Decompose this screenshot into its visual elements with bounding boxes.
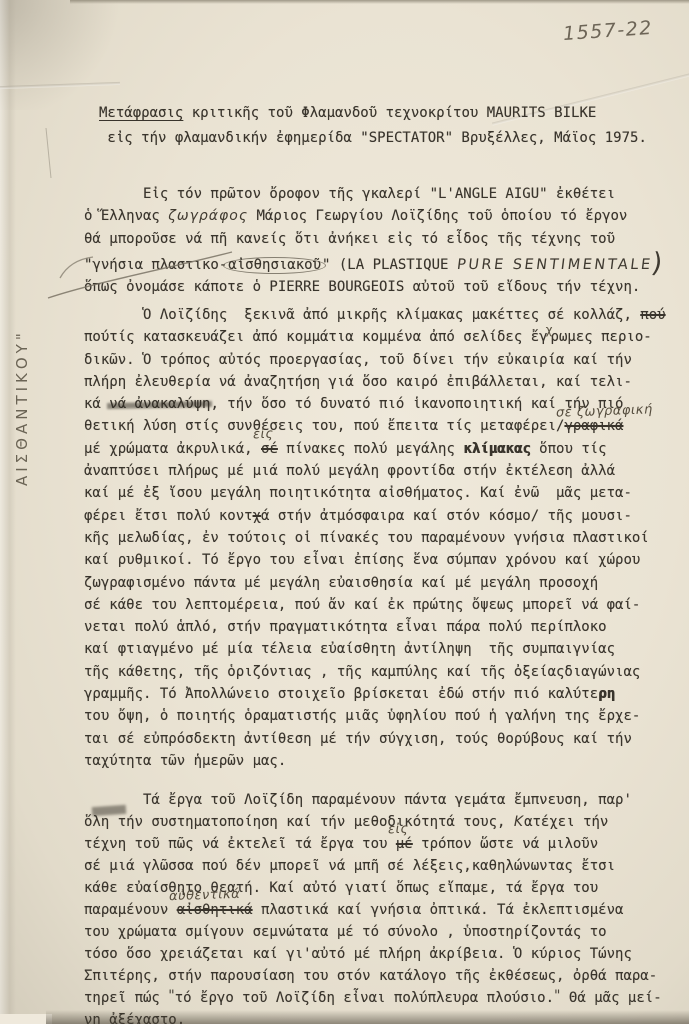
text-line: μέ χρώματα ἀκρυλικά, σέεἰς πίνακες πολύ … bbox=[84, 438, 684, 460]
handwritten-correction: σέ ζωγραφική bbox=[556, 400, 653, 426]
text-line: ται σέ εὐπρόσδεκτη ἀντίθεση μέ τήν σύγχι… bbox=[84, 728, 684, 750]
text-segment: γραμμῆς. Τό Ἀπολλώνειο στοιχεῖο βρίσκετα… bbox=[84, 686, 598, 702]
text-line: καί φτιαγμένο μέ μία τέλεια εὐαίσθητη ἀν… bbox=[84, 638, 684, 660]
text-segment: " bbox=[168, 988, 174, 1004]
text-segment: Ὁ Λοϊζίδης ξεκινᾶ ἀπό μικρῆς κλίμακας μα… bbox=[84, 307, 640, 323]
text-segment: θετική λύση στίς συνθέσεις του, πού ἔπει… bbox=[84, 418, 564, 434]
text-line: τηρεῖ πώς "τό ἔργο τοῦ Λοϊζίδη εἶναι πολ… bbox=[84, 987, 684, 1009]
text-line: πούτίς κατασκευάζει ἀπό κομμάτια κομμένα… bbox=[84, 326, 684, 348]
paper-torn-left-edge bbox=[0, 0, 16, 1024]
text-line: του ὄψη, ὁ ποιητής ὁραματιστής μιᾶς ὑφηλ… bbox=[84, 705, 684, 727]
text-segment: Σπιτέρης, στήν παρουσίαση του στόν κατάλ… bbox=[84, 968, 657, 984]
paper-bottom-sliver bbox=[0, 1014, 52, 1024]
text-segment: ζωγραφισμένο πάντα μέ μεγάλη εὐαισθησία … bbox=[84, 575, 598, 591]
text-segment: κάθε εὐαίσθητο θεατή. Καί αὐτό γιατί ὅπω… bbox=[84, 880, 598, 896]
text-segment: Μετάφρασις bbox=[99, 105, 183, 121]
paragraph: Τά ἔργα τοῦ Λοϊζίδη παραμένουν πάντα γεμ… bbox=[84, 789, 684, 1024]
text-line: του χρώματα σμίγουν σεμνώτατα μέ τό σύνο… bbox=[84, 921, 684, 943]
text-line: τέχνη τοῦ πῶς νά ἐκτελεῖ τά ἔργα του μέε… bbox=[84, 833, 684, 855]
text-line: ὁ Ἕλληνας ζωγράφος Μάριος Γεωργίου Λοϊζί… bbox=[84, 205, 684, 227]
text-segment: ρωμες περιο- bbox=[551, 329, 652, 345]
text-segment: τρόπον ὥστε νά μιλοῦν bbox=[413, 836, 598, 852]
text-segment: πούτίς κατασκευάζει ἀπό κομμάτια κομμένα… bbox=[84, 329, 548, 345]
text-segment: μέεἰς bbox=[396, 836, 413, 852]
text-segment: δικῶν. Ὁ τρόπος αὐτός προεργασίας, τοῦ δ… bbox=[84, 352, 632, 368]
text-segment: Μάριος Γεωργίου Λοϊζίδης τοῦ ὁποίου τό ἔ… bbox=[248, 208, 627, 224]
paragraph: Ὁ Λοϊζίδης ξεκινᾶ ἀπό μικρῆς κλίμακας μα… bbox=[84, 304, 684, 772]
text-segment: σέ κάθε του λεπτομέρεια, πού ἄν καί ἐκ π… bbox=[84, 597, 640, 613]
text-line: θά μποροῦσε νά πῆ κανείς ὅτι ἀνήκει εἰς … bbox=[84, 228, 684, 250]
text-segment: ά στήν ἀτμόσφαιρα καί στόν κόσμο/ τῆς μο… bbox=[261, 508, 632, 524]
text-line: καί μέ ἐξ ἴσου μεγάλη ποιητικότητα αἰσθή… bbox=[84, 482, 684, 504]
text-segment: ὅπου τίς bbox=[531, 441, 607, 457]
text-line: τόσο ὅσο χρειάζεται καί γι'αὐτό μέ πλήρη… bbox=[84, 943, 684, 965]
text-line: ὅλη τήν συστηματοποίηση καί τήν μεθοδικό… bbox=[84, 811, 684, 833]
text-line: καί ρυθμικοί. Τό ἔργο του εἶναι ἐπίσης ἕ… bbox=[84, 549, 684, 571]
text-segment: ὅπως ὀνομάσε κάποτε ὁ PIERRE BOURGEOIS α… bbox=[84, 279, 640, 295]
pencil-stray-mark bbox=[46, 128, 51, 178]
text-segment: τό ἔργο τοῦ Λοϊζίδη εἶναι πολύπλευρα πλο… bbox=[175, 990, 554, 1006]
text-line: "γνήσια πλαστικο-αἰσθησιακοῦ" (LA PLASTI… bbox=[84, 250, 684, 276]
text-segment: Τά ἔργα τοῦ Λοϊζίδη παραμένουν πάντα γεμ… bbox=[84, 792, 632, 808]
text-segment: παραμένουν bbox=[84, 902, 177, 918]
text-segment: ρη bbox=[598, 686, 615, 702]
text-segment: νεται πολύ ἁπλό, στήν πραγματικότητα εἶν… bbox=[84, 619, 607, 635]
text-segment: αἰσθησιακοῦ bbox=[223, 257, 326, 274]
text-line: παραμένουν αἰσθητικάαὐθεντικά πλαστικά κ… bbox=[84, 899, 684, 921]
text-segment: Θά μᾶς μεί- bbox=[561, 990, 662, 1006]
text-segment: τηρεῖ πώς bbox=[84, 990, 168, 1006]
text-line: ὅπως ὀνομάσε κάποτε ὁ PIERRE BOURGEOIS α… bbox=[84, 276, 684, 298]
text-line: Μετάφρασις κριτικῆς τοῦ Φλαμανδοῦ τεχνοκ… bbox=[99, 101, 647, 126]
text-line: ταχύτητα τῶν ἡμερῶν μας. bbox=[84, 750, 684, 772]
text-segment: ὅλη τήν συστηματοποίηση καί τήν μεθοδικό… bbox=[84, 814, 514, 830]
text-segment: κῆς μελωδίας, ἐν τούτοις οἱ πίνακές του … bbox=[84, 530, 649, 546]
text-line: δικῶν. Ὁ τρόπος αὐτός προεργασίας, τοῦ δ… bbox=[84, 349, 684, 371]
handwritten-correction: εἰς bbox=[253, 423, 274, 446]
text-segment: καί μέ ἐξ ἴσου μεγάλη ποιητικότητα αἰσθή… bbox=[84, 485, 632, 501]
document-body: Εἰς τόν πρῶτον ὄροφον τῆς γκαλερί "L'ANG… bbox=[84, 183, 684, 1024]
text-segment: PURE SENTIMENTALE bbox=[456, 254, 654, 276]
text-segment: καί φτιαγμένο μέ μία τέλεια εὐαίσθητη ἀν… bbox=[84, 641, 615, 657]
paragraph: Εἰς τόν πρῶτον ὄροφον τῆς γκαλερί "L'ANG… bbox=[84, 183, 684, 298]
text-segment: Εἰς τόν πρῶτον ὄροφον τῆς γκαλερί "L'ANG… bbox=[84, 186, 615, 202]
handwritten-correction: αὐθεντικά bbox=[168, 884, 240, 908]
text-segment: ταχύτητα τῶν ἡμερῶν μας. bbox=[84, 753, 286, 769]
text-segment: γραφικάσέ ζωγραφική bbox=[564, 418, 623, 434]
text-segment: " (LA PLASTIQUE bbox=[322, 257, 457, 273]
text-segment: τῆς κάθετης, τῆς ὁριζόντιας , τῆς καμπύλ… bbox=[84, 664, 640, 680]
text-segment: του χρώματα σμίγουν σεμνώτατα μέ τό σύνο… bbox=[84, 924, 607, 940]
text-line: Σπιτέρης, στήν παρουσίαση του στόν κατάλ… bbox=[84, 965, 684, 987]
text-line: νεται πολύ ἁπλό, στήν πραγματικότητα εἶν… bbox=[84, 616, 684, 638]
text-line: κῆς μελωδίας, ἐν τούτοις οἱ πίνακές του … bbox=[84, 527, 684, 549]
document-title: Μετάφρασις κριτικῆς τοῦ Φλαμανδοῦ τεχνοκ… bbox=[99, 101, 647, 151]
text-segment: σέ μιά γλῶσσα πού δέν μπορεῖ νά μπῆ σέ λ… bbox=[84, 858, 615, 874]
text-segment: ἀναπτύσει πλήρως μέ μιά πολύ μεγάλη φρον… bbox=[84, 463, 615, 479]
text-line: Εἰς τόν πρῶτον ὄροφον τῆς γκαλερί "L'ANG… bbox=[84, 183, 684, 205]
text-line: εἰς τήν φλαμανδικήν ἐφημερίδα "SPECTATOR… bbox=[99, 126, 647, 151]
text-segment: χ bbox=[546, 319, 553, 341]
text-line: θετική λύση στίς συνθέσεις του, πού ἔπει… bbox=[84, 415, 684, 437]
text-segment: θά μποροῦσε νά πῆ κανείς ὅτι ἀνήκει εἰς … bbox=[84, 231, 615, 247]
text-segment: χ bbox=[253, 508, 261, 524]
handwritten-margin-note: ΑΙΣΘΑΝΤΙΚΟΥ" bbox=[13, 276, 31, 486]
text-segment: αἰσθητικάαὐθεντικά bbox=[177, 902, 253, 918]
text-line: σέ μιά γλῶσσα πού δέν μπορεῖ νά μπῆ σέ λ… bbox=[84, 855, 684, 877]
paper-bottom-shadow bbox=[46, 1010, 689, 1024]
text-line: ζωγραφισμένο πάντα μέ μεγάλη εὐαισθησία … bbox=[84, 572, 684, 594]
text-line: τῆς κάθετης, τῆς ὁριζόντιας , τῆς καμπύλ… bbox=[84, 661, 684, 683]
paper-corner-shading bbox=[0, 0, 130, 110]
text-line: γραμμῆς. Τό Ἀπολλώνειο στοιχεῖο βρίσκετα… bbox=[84, 683, 684, 705]
text-segment: " bbox=[554, 988, 560, 1004]
text-segment: ατέχει τήν bbox=[524, 814, 608, 830]
text-line: Τά ἔργα τοῦ Λοϊζίδη παραμένουν πάντα γεμ… bbox=[84, 789, 684, 811]
text-segment: ζωγράφος bbox=[168, 208, 248, 224]
text-segment: φέρει ἔτσι πολύ κοντ bbox=[84, 508, 253, 524]
scanned-paper-page: 1557-22 ΑΙΣΘΑΝΤΙΚΟΥ" Μετάφρασις κριτικῆς… bbox=[0, 0, 689, 1024]
handwritten-archive-number: 1557-22 bbox=[562, 17, 653, 45]
text-line: σέ κάθε του λεπτομέρεια, πού ἄν καί ἐκ π… bbox=[84, 594, 684, 616]
text-segment: μέ χρώματα ἀκρυλικά, bbox=[84, 441, 261, 457]
text-line: ἀναπτύσει πλήρως μέ μιά πολύ μεγάλη φρον… bbox=[84, 460, 684, 482]
handwritten-correction: εἰς bbox=[387, 819, 408, 842]
text-segment: πού bbox=[640, 307, 665, 323]
text-segment: πίνακες πολύ μεγάλης bbox=[278, 441, 463, 457]
text-segment: τόσο ὅσο χρειάζεται καί γι'αὐτό μέ πλήρη… bbox=[84, 946, 632, 962]
text-segment: νά ἀνακαλύψη bbox=[109, 396, 210, 412]
text-segment: εἰς τήν φλαμανδικήν ἐφημερίδα "SPECTATOR… bbox=[99, 130, 647, 146]
text-segment: ται σέ εὐπρόσδεκτη ἀντίθεση μέ τήν σύγχι… bbox=[84, 731, 632, 747]
text-segment: κλίμακας bbox=[463, 441, 530, 457]
text-segment: Κ bbox=[514, 814, 524, 830]
text-line: πλήρη ἐλευθερία νά ἀναζητήση γιά ὅσο και… bbox=[84, 371, 684, 393]
text-segment: ) bbox=[650, 252, 664, 276]
text-segment: ὁ Ἕλληνας bbox=[84, 208, 168, 224]
text-segment: κριτικῆς τοῦ Φλαμανδοῦ τεχνοκρίτου MAURI… bbox=[183, 105, 596, 121]
text-segment: πλήρη ἐλευθερία νά ἀναζητήση γιά ὅσο και… bbox=[84, 374, 632, 390]
text-segment: του ὄψη, ὁ ποιητής ὁραματιστής μιᾶς ὑφηλ… bbox=[84, 708, 640, 724]
text-line: φέρει ἔτσι πολύ κοντχά στήν ἀτμόσφαιρα κ… bbox=[84, 505, 684, 527]
text-segment: καί ρυθμικοί. Τό ἔργο του εἶναι ἐπίσης ἕ… bbox=[84, 552, 640, 568]
text-line: Ὁ Λοϊζίδης ξεκινᾶ ἀπό μικρῆς κλίμακας μα… bbox=[84, 304, 684, 326]
text-segment: "γνήσια πλαστικο- bbox=[84, 257, 227, 273]
paper-top-edge bbox=[70, 0, 689, 4]
text-segment: σέεἰς bbox=[261, 441, 278, 457]
text-segment: πλαστικά καί γνήσια ὀπτικά. Τά ἐκλεπτισμ… bbox=[253, 902, 624, 918]
text-segment: κά bbox=[84, 396, 109, 412]
text-segment: τέχνη τοῦ πῶς νά ἐκτελεῖ τά ἔργα του bbox=[84, 836, 396, 852]
